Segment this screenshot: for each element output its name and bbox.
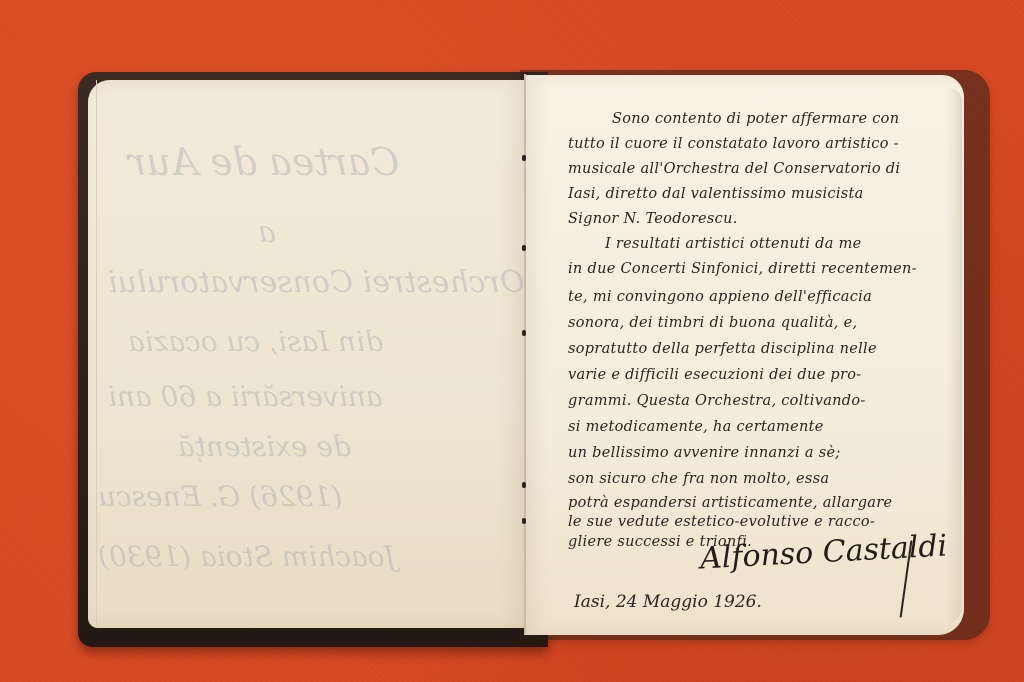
letter-line: son sicuro che fra non molto, essa (568, 472, 829, 487)
binding-stitch (522, 155, 526, 161)
page-stack-edge (946, 88, 962, 623)
bleed-line: de existență (178, 430, 351, 463)
letter-line: un bellissimo avvenire innanzi a sè; (568, 446, 841, 461)
letter-line: musicale all'Orchestra del Conservatorio… (568, 162, 900, 177)
letter-line: te, mi convingono appieno dell'efficacia (568, 290, 872, 305)
binding-stitch (522, 518, 526, 524)
binding-stitch (522, 482, 526, 488)
letter-line: in due Concerti Sinfonici, diretti recen… (568, 262, 917, 277)
letter-line: sonora, dei timbri di buona qualità, e, (568, 316, 857, 331)
letter-line: Sono contento di poter affermare con (612, 112, 899, 127)
photo-scene: Cartea de Aur a Orchestrei Conservatorul… (0, 0, 1024, 682)
left-page: Cartea de Aur a Orchestrei Conservatorul… (88, 80, 526, 628)
bleed-line: Orchestrei Conservatorului (108, 265, 524, 300)
date-line: Iasi, 24 Maggio 1926. (574, 592, 762, 612)
bleed-line: Joachim Stoia (1930) (98, 540, 396, 573)
letter-line: si metodicamente, ha certamente (568, 420, 824, 435)
letter-line: sopratutto della perfetta disciplina nel… (568, 342, 877, 357)
bleed-line: Cartea de Aur (128, 140, 399, 184)
letter-line: I resultati artistici ottenuti da me (605, 237, 862, 252)
bleed-line: din Iasi, cu ocazia (128, 325, 383, 358)
bleed-line: (1926) G. Enescu (98, 480, 342, 513)
letter-line: Iasi, diretto dal valentissimo musicista (568, 187, 864, 202)
bleed-line: a (258, 215, 276, 250)
letter-line: le sue vedute estetico-evolutive e racco… (568, 515, 875, 530)
letter-line: varie e difficili esecuzioni dei due pro… (568, 368, 861, 383)
letter-line: grammi. Questa Orchestra, coltivando- (568, 394, 866, 409)
binding-stitch (522, 330, 526, 336)
bleed-line: aniversării a 60 ani (108, 380, 383, 413)
letter-line: potrà espandersi artisticamente, allarga… (568, 496, 892, 511)
letter-line: Signor N. Teodorescu. (568, 212, 738, 227)
binding-stitch (522, 245, 526, 251)
letter-line: tutto il cuore il constatato lavoro arti… (568, 137, 899, 152)
